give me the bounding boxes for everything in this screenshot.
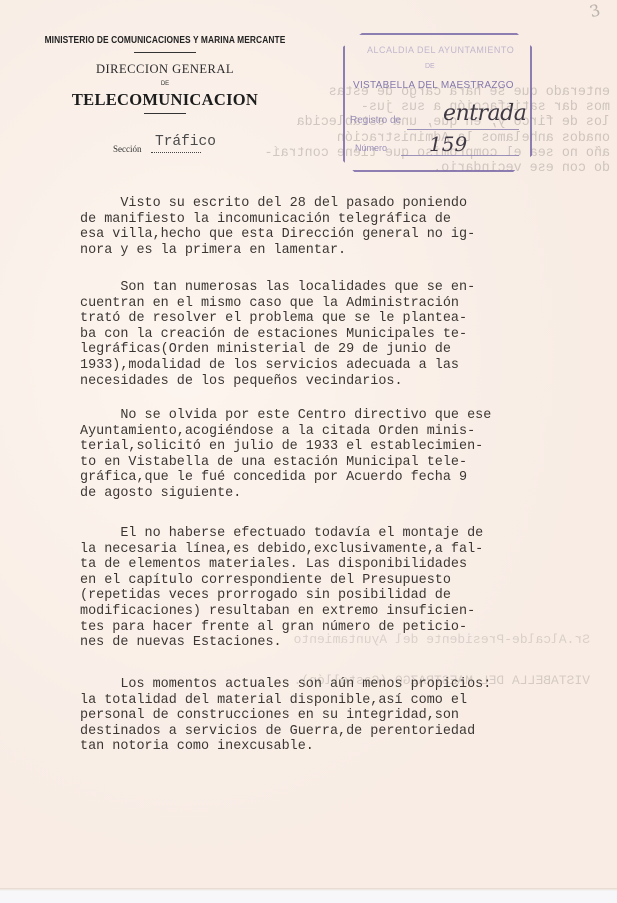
- paragraph-5: Los momentos actuales son aún menos prop…: [80, 677, 491, 755]
- paragraph-2: Son tan numerosas las localidades que se…: [80, 280, 475, 389]
- stamp-registro-handwritten: entrada: [443, 101, 526, 126]
- stamp-line-1: ALCALDIA DEL AYUNTAMIENTO: [367, 45, 514, 55]
- stamp-numero-handwritten: 159: [429, 132, 467, 156]
- page-number-mark: 3: [588, 0, 611, 16]
- paragraph-4: El no haberse efectuado todavía el monta…: [80, 526, 483, 651]
- registry-stamp: ALCALDIA DEL AYUNTAMIENTO DE VISTABELLA …: [343, 33, 532, 172]
- stamp-registro-line: [407, 129, 519, 130]
- telecomunicacion-title: TELECOMUNICACION: [40, 90, 290, 110]
- seccion-field: Sección Tráfico: [113, 134, 273, 158]
- ministry-name: MINISTERIO DE COMUNICACIONES Y MARINA ME…: [40, 33, 290, 46]
- stamp-registro-label: Registro de: [350, 115, 401, 126]
- seccion-label: Sección: [113, 144, 142, 154]
- seccion-value: Tráfico: [155, 134, 216, 150]
- letterhead-de: DE: [40, 81, 290, 87]
- letterhead: MINISTERIO DE COMUNICACIONES Y MARINA ME…: [40, 34, 290, 114]
- stamp-numero-label: Número: [355, 143, 387, 153]
- letterhead-divider: [134, 52, 196, 53]
- stamp-line-3: VISTABELLA DEL MAESTRAZGO: [353, 80, 514, 91]
- paper-bottom-edge: [0, 888, 617, 891]
- letterhead-divider-2: [144, 113, 186, 114]
- paragraph-3: No se olvida por este Centro directivo q…: [80, 408, 491, 502]
- paragraph-1: Visto su escrito del 28 del pasado ponie…: [80, 196, 475, 258]
- stamp-line-2: DE: [425, 63, 435, 70]
- direccion-general: DIRECCION GENERAL: [40, 62, 290, 77]
- document-page: 3 enterado que se hará cargo de estas mo…: [0, 0, 617, 891]
